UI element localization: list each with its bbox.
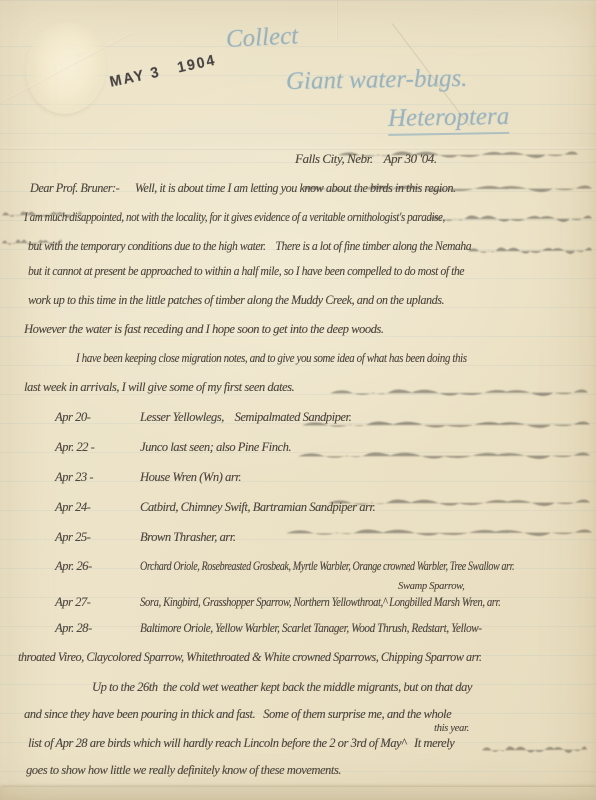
entry-date: Apr. 28-: [55, 621, 92, 636]
entry-text: Brown Thrasher, arr.: [140, 530, 235, 545]
fold-crease: [0, 147, 596, 150]
insert-note: this year.: [434, 723, 469, 734]
paper-bottom-edge: [0, 787, 596, 800]
body-line: but with the temporary conditions due to…: [28, 239, 471, 254]
body-line: but it cannot at present be approached t…: [28, 264, 464, 279]
entry-date: Apr 27-: [55, 595, 90, 610]
annotation-line-3: Heteroptera: [388, 103, 510, 136]
insert-note: Swamp Sparrow,: [398, 581, 464, 592]
entry-date: Apr. 22 -: [55, 440, 94, 455]
show-through-writing: [428, 213, 592, 224]
show-through-writing: [330, 387, 588, 398]
entry-date: Apr 23 -: [55, 470, 93, 485]
annotation-line-1: Collect: [225, 22, 299, 54]
dateline: Falls City, Nebr. Apr 30 '04.: [295, 151, 437, 167]
entry-text: Orchard Oriole, Rosebreasted Grosbeak, M…: [140, 559, 514, 574]
body-line: last week in arrivals, I will give some …: [24, 380, 294, 395]
entry-date: Apr 24-: [55, 500, 90, 515]
closing-line: list of Apr 28 are birds which will hard…: [28, 736, 454, 751]
closing-line: goes to show how little we really defini…: [26, 763, 341, 778]
body-line: Dear Prof. Bruner:- Well, it is about ti…: [30, 181, 456, 196]
letter-scan: MAY 3 1904 Collect Giant water-bugs. Het…: [0, 0, 596, 800]
show-through-writing: [468, 245, 592, 256]
entry-text: Junco last seen; also Pine Finch.: [140, 440, 291, 455]
entry-text: Catbird, Chimney Swift, Bartramian Sandp…: [140, 500, 375, 515]
body-line: However the water is fast receding and I…: [24, 322, 384, 337]
closing-line: and since they have been pouring in thic…: [24, 707, 451, 722]
entry-text: Lesser Yellowlegs, Semipalmated Sandpipe…: [140, 410, 351, 425]
annotation-line-2: Giant water-bugs.: [286, 65, 468, 96]
show-through-writing: [286, 527, 592, 538]
entry-text: throated Vireo, Claycolored Sparrow, Whi…: [18, 650, 481, 665]
closing-line: Up to the 26th the cold wet weather kept…: [92, 680, 472, 695]
body-line: work up to this time in the little patch…: [28, 293, 444, 308]
body-line: I have been keeping close migration note…: [76, 351, 467, 366]
entry-text: Baltimore Oriole, Yellow Warbler, Scarle…: [140, 621, 482, 636]
date-stamp: MAY 3 1904: [108, 52, 218, 91]
entry-date: Apr 20-: [55, 410, 90, 425]
fold-crease: [336, 0, 338, 40]
entry-text: Sora, Kingbird, Grasshopper Sparrow, Nor…: [140, 595, 500, 610]
show-through-writing: [298, 450, 590, 461]
show-through-writing: [482, 744, 587, 755]
body-line: I am much disappointed, not with the loc…: [24, 210, 445, 225]
entry-date: Apr. 26-: [55, 559, 92, 574]
entry-date: Apr 25-: [55, 530, 90, 545]
entry-text: House Wren (Wn) arr.: [140, 470, 241, 485]
